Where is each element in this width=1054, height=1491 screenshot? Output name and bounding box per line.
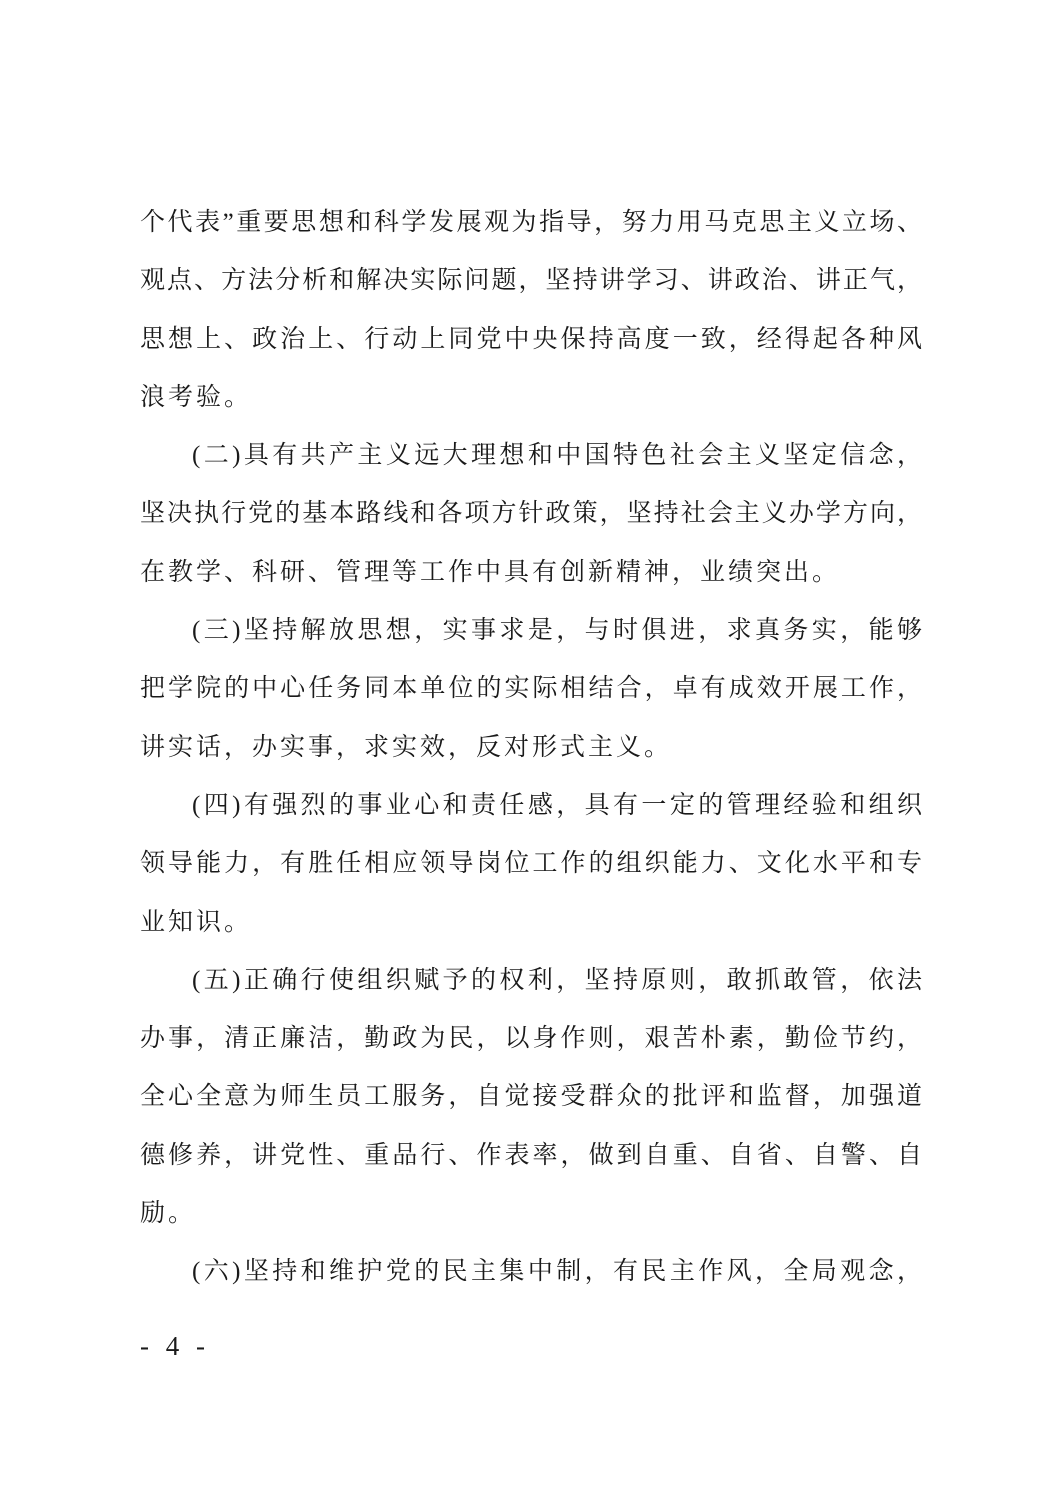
paragraph-item-6: (六)坚持和维护党的民主集中制，有民主作风，全局观念， (140, 1243, 922, 1301)
page-number: - 4 - (140, 1329, 210, 1363)
text-line: 德修养，讲党性、重品行、作表率，做到自重、自省、自警、自 (140, 1127, 922, 1185)
text-line: (二)具有共产主义远大理想和中国特色社会主义坚定信念， (140, 427, 922, 485)
text-line: (三)坚持解放思想，实事求是，与时俱进，求真务实，能够 (140, 602, 922, 660)
text-line: 在教学、科研、管理等工作中具有创新精神，业绩突出。 (140, 544, 922, 602)
paragraph-continuation: 个代表”重要思想和科学发展观为指导，努力用马克思主义立场、观点、方法分析和解决实… (140, 194, 922, 427)
document-page: 个代表”重要思想和科学发展观为指导，努力用马克思主义立场、观点、方法分析和解决实… (0, 0, 1054, 1491)
text-line: 领导能力，有胜任相应领导岗位工作的组织能力、文化水平和专 (140, 835, 922, 893)
text-line: (六)坚持和维护党的民主集中制，有民主作风，全局观念， (140, 1243, 922, 1301)
text-line: 个代表”重要思想和科学发展观为指导，努力用马克思主义立场、 (140, 194, 922, 252)
text-line: 浪考验。 (140, 369, 922, 427)
text-line: 讲实话，办实事，求实效，反对形式主义。 (140, 719, 922, 777)
document-body: 个代表”重要思想和科学发展观为指导，努力用马克思主义立场、观点、方法分析和解决实… (140, 194, 922, 1302)
text-line: 业知识。 (140, 894, 922, 952)
text-line: 坚决执行党的基本路线和各项方针政策，坚持社会主义办学方向， (140, 485, 922, 543)
text-line: (五)正确行使组织赋予的权利，坚持原则，敢抓敢管，依法 (140, 952, 922, 1010)
text-line: (四)有强烈的事业心和责任感，具有一定的管理经验和组织 (140, 777, 922, 835)
paragraph-item-3: (三)坚持解放思想，实事求是，与时俱进，求真务实，能够把学院的中心任务同本单位的… (140, 602, 922, 777)
text-line: 办事，清正廉洁，勤政为民，以身作则，艰苦朴素，勤俭节约， (140, 1010, 922, 1068)
text-line: 全心全意为师生员工服务，自觉接受群众的批评和监督，加强道 (140, 1068, 922, 1126)
paragraph-item-4: (四)有强烈的事业心和责任感，具有一定的管理经验和组织领导能力，有胜任相应领导岗… (140, 777, 922, 952)
text-line: 思想上、政治上、行动上同党中央保持高度一致，经得起各种风 (140, 311, 922, 369)
text-line: 观点、方法分析和解决实际问题，坚持讲学习、讲政治、讲正气， (140, 252, 922, 310)
paragraph-item-2: (二)具有共产主义远大理想和中国特色社会主义坚定信念，坚决执行党的基本路线和各项… (140, 427, 922, 602)
paragraph-item-5: (五)正确行使组织赋予的权利，坚持原则，敢抓敢管，依法办事，清正廉洁，勤政为民，… (140, 952, 922, 1243)
text-line: 把学院的中心任务同本单位的实际相结合，卓有成效开展工作， (140, 660, 922, 718)
text-line: 励。 (140, 1185, 922, 1243)
